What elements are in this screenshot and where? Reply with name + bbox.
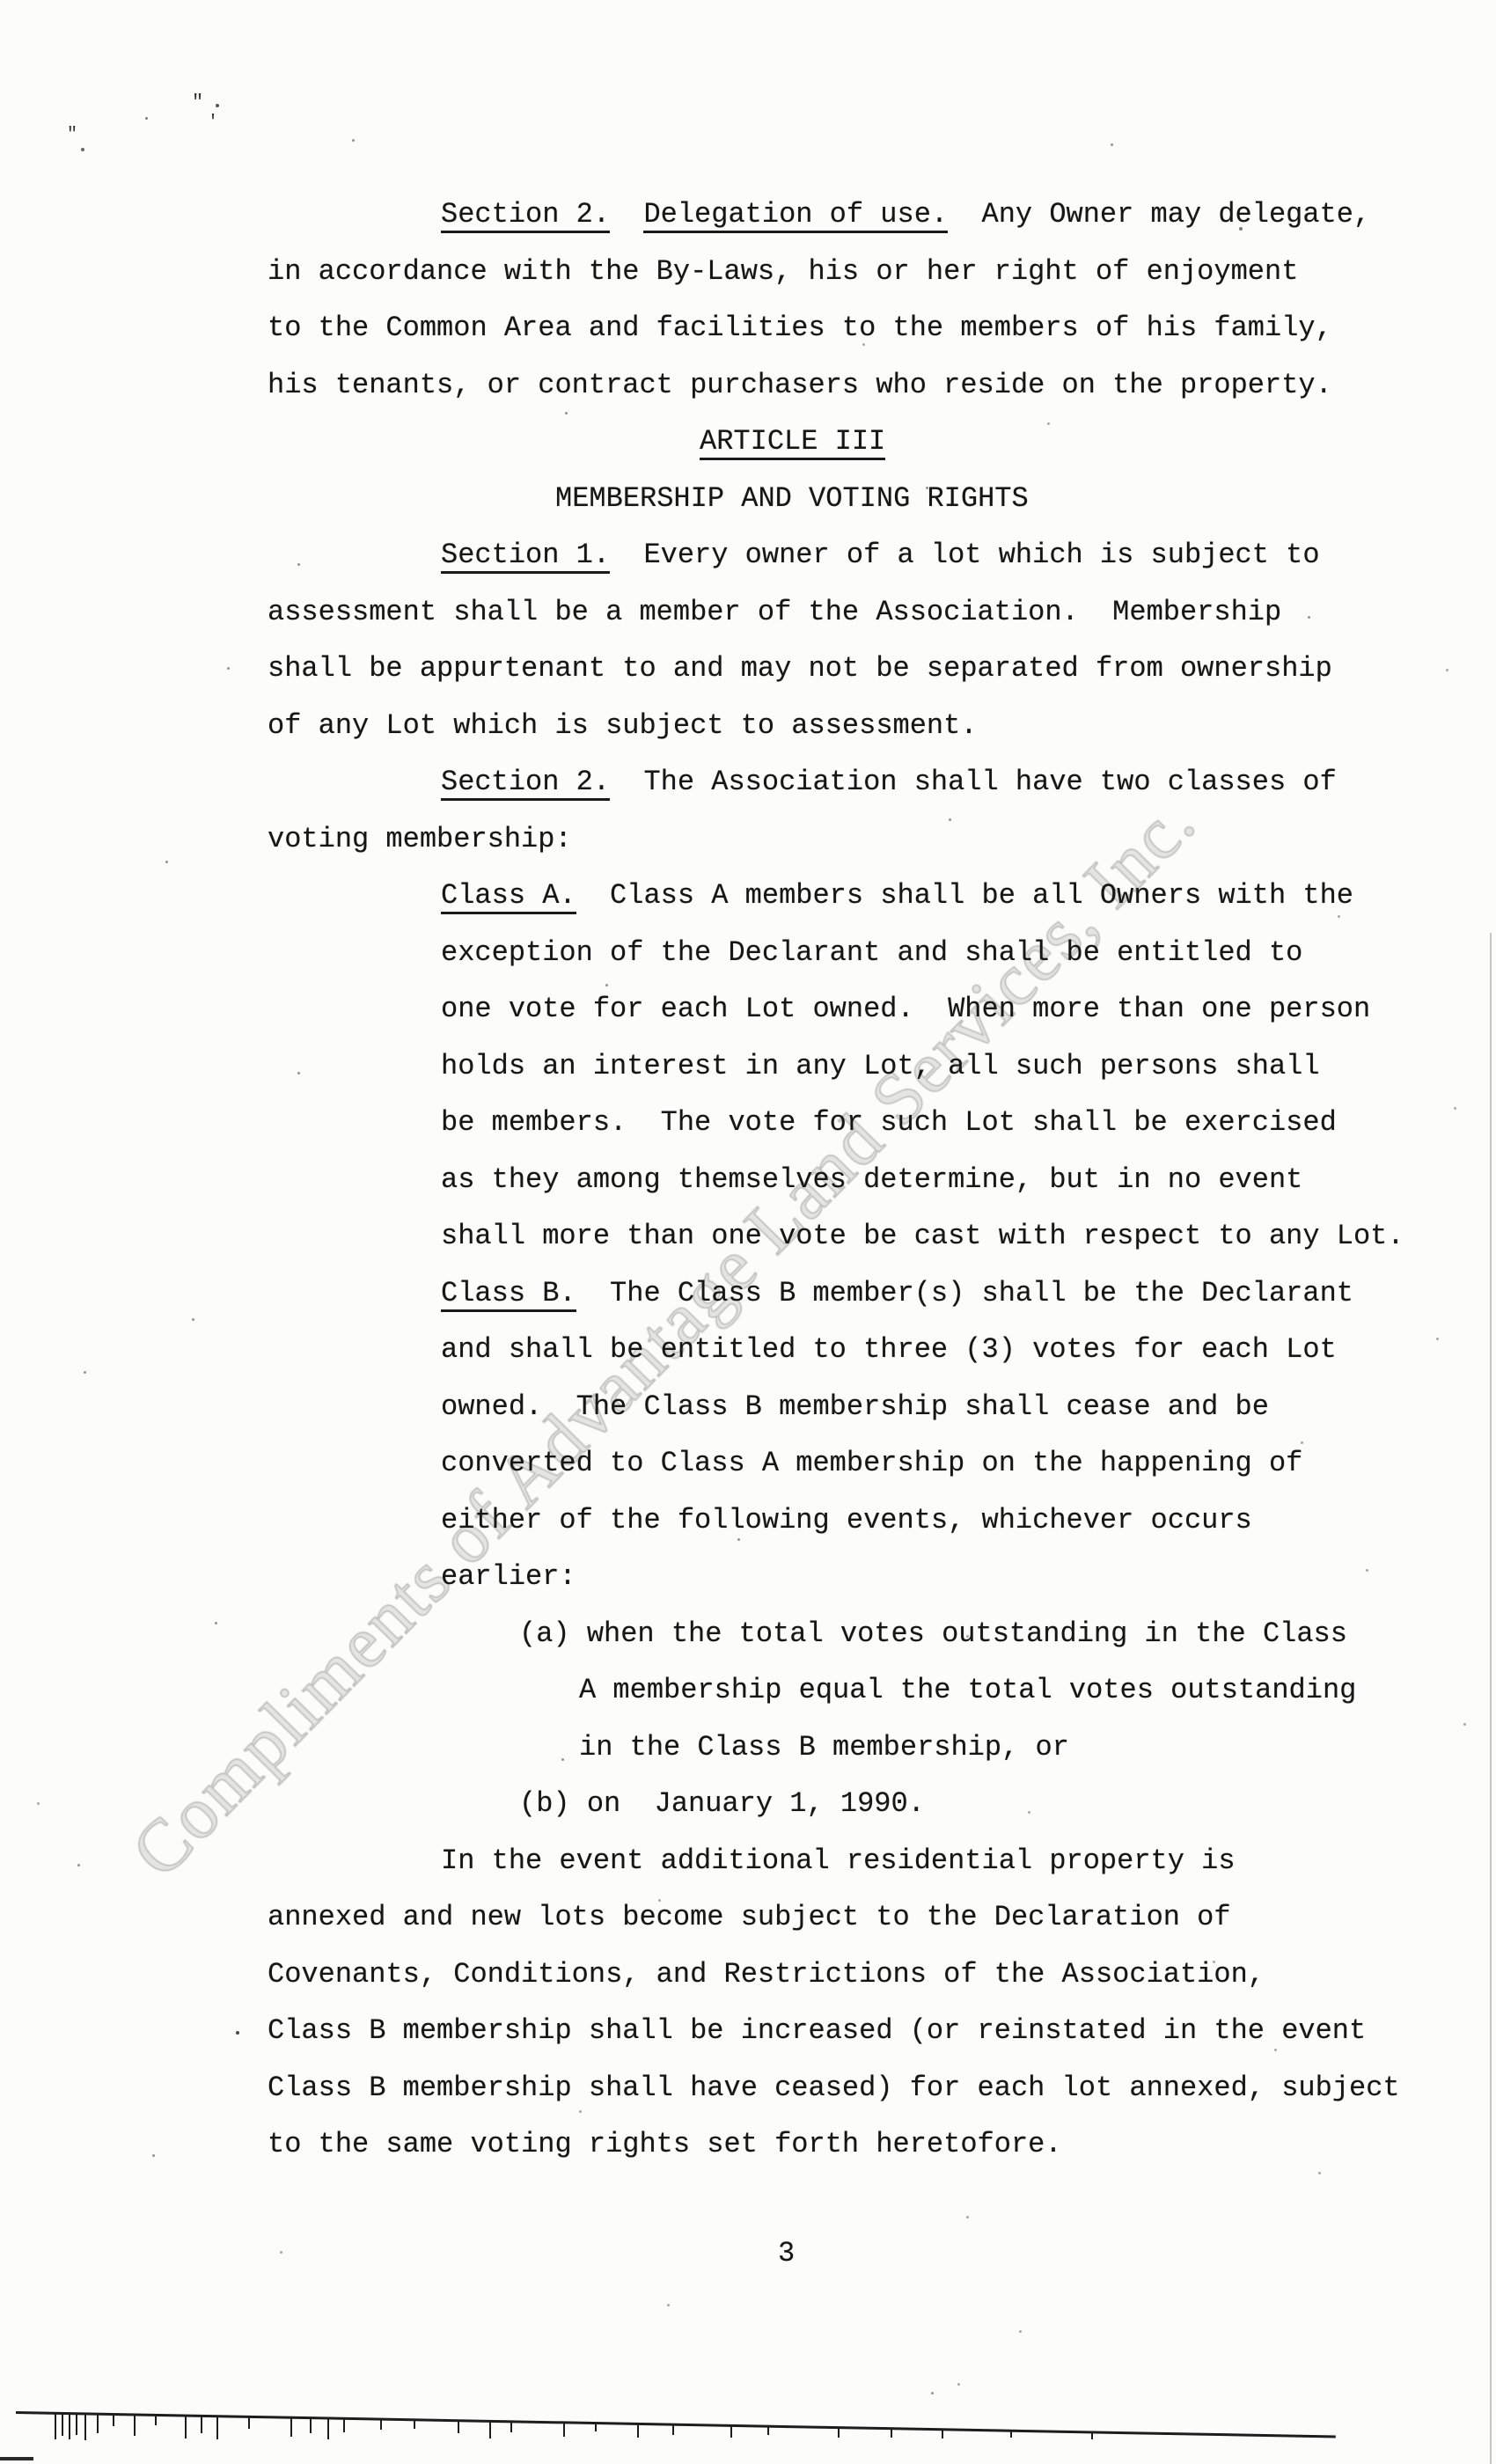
scan-speckle: [1446, 669, 1448, 671]
scanner-tick-artifact: [97, 2414, 99, 2433]
stray-mark: ": [192, 92, 203, 114]
scan-speckle: [966, 1635, 969, 1638]
document-line: owned. The Class B membership shall ceas…: [441, 1379, 1447, 1436]
scan-speckle: [1301, 1441, 1303, 1444]
scan-speckle: [215, 1622, 217, 1624]
scanner-tick-artifact: [891, 2429, 892, 2438]
scanner-tick-artifact: [767, 2426, 769, 2435]
scan-speckle: [1366, 1569, 1368, 1572]
scanner-tick-artifact: [290, 2417, 292, 2437]
scanner-tick-artifact: [563, 2423, 565, 2437]
document-line: Section 2. The Association shall have tw…: [441, 754, 1447, 811]
scan-speckle: [165, 861, 168, 863]
scan-speckle: [1170, 264, 1173, 267]
document-line: Class B membership shall have ceased) fo…: [268, 2060, 1447, 2117]
document-line: of any Lot which is subject to assessmen…: [268, 698, 1447, 755]
document-line: earlier:: [441, 1549, 1447, 1606]
document-line: Covenants, Conditions, and Restrictions …: [268, 1947, 1447, 2004]
document-line: and shall be entitled to three (3) votes…: [441, 1322, 1447, 1379]
scanner-tick-artifact: [942, 2430, 943, 2438]
document-line: as they among themselves determine, but …: [441, 1152, 1447, 1209]
scanner-edge-line: [16, 2411, 1336, 2438]
document-line: shall more than one vote be cast with re…: [441, 1208, 1447, 1265]
document-line: either of the following events, whicheve…: [441, 1492, 1447, 1550]
scanner-tick-artifact: [672, 2424, 674, 2435]
document-line: MEMBERSHIP AND VOTING RIGHTS: [555, 471, 1447, 528]
page-right-edge-shadow: [1490, 933, 1492, 2464]
scan-speckle: [1019, 2330, 1022, 2333]
scan-speckle: [1111, 143, 1113, 146]
scanner-tick-artifact: [838, 2427, 840, 2438]
scan-speckle: [297, 563, 300, 566]
scanner-tick-artifact: [248, 2416, 250, 2429]
underlined-text: Class A.: [441, 879, 576, 914]
scan-speckle: [1308, 616, 1310, 619]
document-line: Section 1. Every owner of a lot which is…: [441, 527, 1447, 584]
scan-speckle: [81, 148, 84, 151]
scan-speckle: [605, 984, 608, 986]
scanner-tick-artifact: [55, 2413, 56, 2439]
scan-speckle: [227, 667, 230, 670]
scan-speckle: [1028, 1811, 1030, 1814]
document-line: in the Class B membership, or: [579, 1720, 1447, 1777]
scanner-tick-artifact: [62, 2413, 63, 2436]
scan-speckle: [957, 2383, 960, 2386]
scan-speckle: [667, 2304, 670, 2306]
scan-speckle: [966, 2216, 969, 2218]
stray-mark: ": [67, 125, 77, 145]
scan-speckle: [658, 1899, 661, 1902]
document-line: exception of the Declarant and shall be …: [441, 925, 1447, 982]
scan-speckle: [192, 1318, 194, 1321]
scanner-tick-artifact: [510, 2422, 512, 2432]
scanner-tick-artifact: [113, 2414, 114, 2426]
scan-speckle: [297, 1072, 300, 1074]
scan-speckle: [1047, 422, 1050, 425]
scan-speckle: [1338, 915, 1340, 918]
scan-speckle: [216, 104, 219, 107]
document-line: one vote for each Lot owned. When more t…: [441, 981, 1447, 1038]
scanner-tick-artifact: [327, 2418, 329, 2439]
scanner-tick-artifact: [216, 2416, 218, 2439]
scanner-tick-artifact: [155, 2415, 157, 2425]
scanner-tick-artifact: [730, 2425, 732, 2438]
scan-speckle: [1274, 2049, 1277, 2051]
scan-speckle: [862, 343, 865, 346]
underlined-text: ARTICLE III: [700, 425, 885, 460]
scanner-tick-artifact: [595, 2423, 597, 2431]
document-line: voting membership:: [268, 811, 1447, 869]
document-body-text: Section 2. Delegation of use. Any Owner …: [268, 187, 1447, 2174]
scanner-tick-artifact: [310, 2417, 312, 2433]
underlined-text: Section 2.: [441, 198, 610, 233]
page-number: 3: [778, 2237, 795, 2270]
scanner-tick-artifact: [201, 2416, 202, 2433]
document-line: be members. The vote for such Lot shall …: [441, 1095, 1447, 1152]
scanner-tick-artifact: [458, 2421, 459, 2433]
scan-speckle: [1239, 227, 1243, 231]
document-line: annexed and new lots become subject to t…: [268, 1889, 1447, 1947]
scan-speckle: [352, 139, 355, 142]
document-line: converted to Class A membership on the h…: [441, 1435, 1447, 1492]
scanner-tick-artifact: [380, 2419, 382, 2430]
document-line: In the event additional residential prop…: [441, 1833, 1447, 1890]
scanner-tick-artifact: [637, 2424, 639, 2438]
document-line: (a) when the total votes outstanding in …: [519, 1606, 1447, 1663]
scanner-tick-artifact: [343, 2418, 345, 2432]
document-line: Class B membership shall be increased (o…: [268, 2003, 1447, 2060]
scan-speckle: [737, 1538, 740, 1541]
scan-speckle: [565, 412, 568, 414]
underlined-text: Section 1.: [441, 539, 610, 574]
scan-speckle: [1454, 1107, 1456, 1110]
scan-speckle: [37, 1802, 40, 1805]
document-line: Section 2. Delegation of use. Any Owner …: [441, 187, 1447, 244]
scan-speckle: [145, 117, 148, 120]
scan-speckle: [84, 1371, 86, 1374]
underlined-text: Delegation of use.: [643, 198, 948, 233]
scanner-tick-artifact: [1091, 2432, 1093, 2439]
scan-speckle: [926, 487, 928, 489]
scan-speckle: [949, 818, 951, 821]
underlined-text: Class B.: [441, 1277, 576, 1312]
scan-speckle: [236, 2031, 239, 2035]
stray-mark: ': [208, 113, 218, 133]
document-line: A membership equal the total votes outst…: [579, 1662, 1447, 1720]
scan-speckle: [1318, 2172, 1321, 2174]
scanner-tick-artifact: [185, 2416, 187, 2438]
scan-speckle: [579, 2110, 582, 2113]
scanned-document-page: Compliments of Advantage Land Services, …: [0, 0, 1496, 2464]
scan-speckle: [1463, 1723, 1466, 1726]
document-line: his tenants, or contract purchasers who …: [268, 357, 1447, 414]
scanner-tick-artifact: [84, 2414, 86, 2440]
document-line: Class B. The Class B member(s) shall be …: [441, 1265, 1447, 1323]
scanner-tick-artifact: [134, 2415, 136, 2436]
scan-speckle: [931, 2392, 934, 2394]
document-line: Class A. Class A members shall be all Ow…: [441, 868, 1447, 925]
scan-speckle: [152, 2154, 155, 2157]
document-line: in accordance with the By-Laws, his or h…: [268, 244, 1447, 301]
document-line: shall be appurtenant to and may not be s…: [268, 641, 1447, 698]
document-line: assessment shall be a member of the Asso…: [268, 584, 1447, 642]
scanner-tick-artifact: [1010, 2431, 1012, 2438]
document-line: holds an interest in any Lot, all such p…: [441, 1038, 1447, 1096]
scan-speckle: [280, 2251, 282, 2254]
corner-artifact: [0, 2457, 33, 2460]
scan-speckle: [1436, 1338, 1439, 1340]
document-line: ARTICLE III: [700, 414, 1447, 471]
scan-speckle: [493, 774, 495, 777]
scanner-tick-artifact: [414, 2420, 415, 2429]
scanner-tick-artifact: [69, 2413, 70, 2439]
scanner-tick-artifact: [76, 2414, 77, 2435]
scan-speckle: [1213, 1961, 1215, 1963]
scan-speckle: [77, 1864, 80, 1866]
underlined-text: Section 2.: [441, 766, 610, 801]
document-line: to the Common Area and facilities to the…: [268, 300, 1447, 357]
document-line: (b) on January 1, 1990.: [519, 1776, 1447, 1833]
document-line: to the same voting rights set forth here…: [268, 2116, 1447, 2174]
scanner-tick-artifact: [489, 2421, 491, 2438]
scan-speckle: [561, 1758, 564, 1761]
